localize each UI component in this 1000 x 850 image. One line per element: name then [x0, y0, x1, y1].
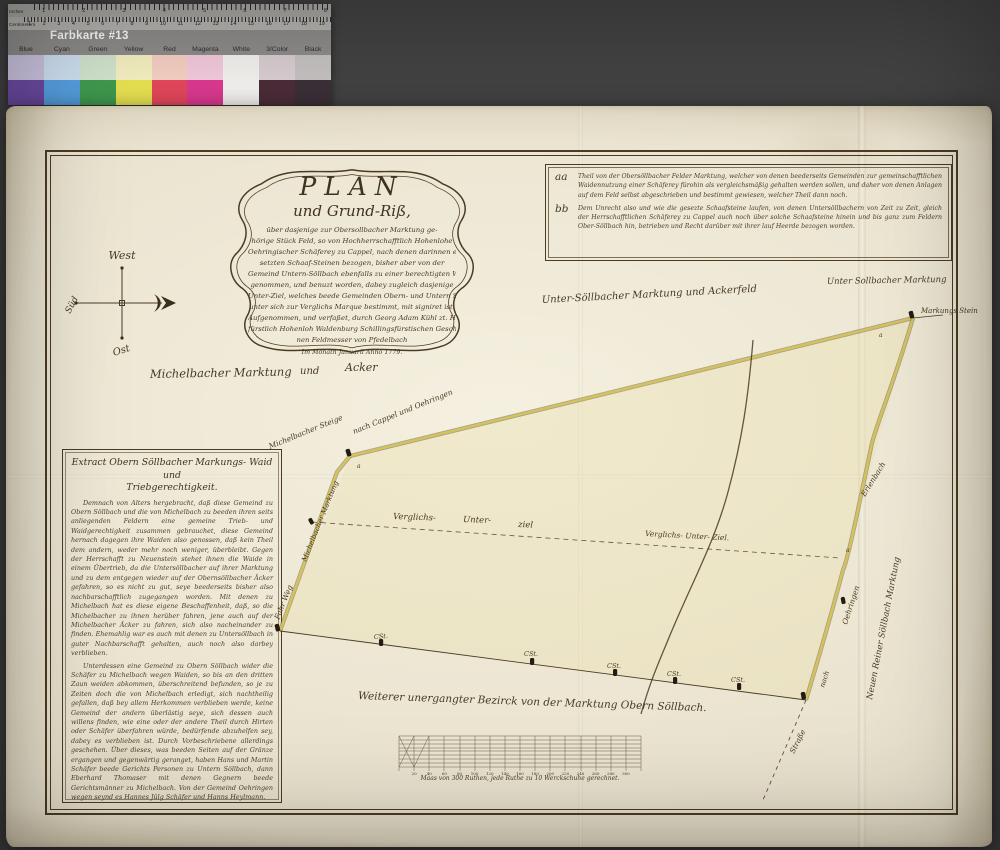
- north-arrow-icon: [161, 296, 176, 310]
- cartouche-line: Oehringischer Schäferey zu Cappel, nach …: [248, 247, 456, 258]
- color-name: White: [223, 44, 259, 55]
- cartouche-line: hörige Stück Feld, so von Hochherrschaff…: [248, 236, 456, 247]
- cartouche-line: Gemeind Untern-Söllbach ebenfalls zu ein…: [248, 269, 456, 280]
- color-swatch-light: [80, 55, 116, 80]
- color-column: Red: [152, 44, 188, 105]
- cartouche-body: über dasjenige zur Obersollbacher Marktu…: [248, 225, 456, 347]
- note-marker-bb: bb: [555, 204, 571, 232]
- color-swatch-full: [259, 80, 295, 105]
- color-calibration-card: Inches 12345678 Centimeters 123456789101…: [8, 4, 331, 105]
- compass-rose: West Süd Ost: [58, 246, 188, 376]
- title-cartouche: PLAN und Grund-Riß, über dasjenige zur O…: [228, 158, 476, 370]
- ruler-number: 14: [230, 22, 236, 28]
- cartouche-line: unter sich zur Verglichs Marque bestimmt…: [248, 302, 456, 313]
- ruler-number: 15: [248, 22, 254, 28]
- ruler-number: 1: [28, 22, 31, 28]
- color-column: 3/Color: [259, 44, 295, 105]
- color-column: Cyan: [44, 44, 80, 105]
- cartouche-line: Unter-Ziel, welches beede Gemeinden Ober…: [248, 291, 456, 302]
- color-swatch-light: [187, 55, 223, 80]
- ruler-number: 7: [116, 22, 119, 28]
- ruler-inch-numbers: 12345678: [8, 9, 331, 15]
- ruler-number: 6: [101, 22, 104, 28]
- ruler-cm-numbers: 12345678910111213141516171819: [8, 22, 331, 28]
- color-name: Black: [295, 44, 331, 55]
- color-column: Yellow: [116, 44, 152, 105]
- map-subtitle: und Grund-Riß,: [248, 202, 456, 220]
- color-name: Blue: [8, 44, 44, 55]
- cartouche-line: setzten Schaaf-Steinen bezogen, bisher a…: [248, 258, 456, 269]
- color-name: Green: [80, 44, 116, 55]
- extract-heading-line1: Extract Obern Söllbacher Markungs- Waid …: [71, 457, 273, 482]
- color-name: Magenta: [187, 44, 223, 55]
- color-swatch-light: [295, 55, 331, 80]
- color-column: Black: [295, 44, 331, 105]
- ruler-number: 1: [42, 9, 45, 15]
- extract-paragraph: Unterdessen eine Gemeind zu Obern Söllba…: [71, 662, 273, 803]
- ruler-number: 2: [82, 9, 85, 15]
- color-column: Green: [80, 44, 116, 105]
- ruler-number: 6: [243, 9, 246, 15]
- extract-box: Extract Obern Söllbacher Markungs- Waid …: [62, 449, 282, 803]
- ruler-number: 13: [212, 22, 218, 28]
- ruler-number: 10: [160, 22, 166, 28]
- color-swatch-light: [259, 55, 295, 80]
- color-swatch-light: [8, 55, 44, 80]
- scan-background: Inches 12345678 Centimeters 123456789101…: [0, 0, 1000, 850]
- ruler-number: 3: [57, 22, 60, 28]
- ruler-number: 4: [163, 9, 166, 15]
- color-swatch-light: [116, 55, 152, 80]
- color-swatch-full: [152, 80, 188, 105]
- compass-label-west: West: [109, 249, 137, 262]
- extract-paragraph: Demnach von Alters hergebracht, daß dies…: [71, 499, 273, 659]
- color-column: Magenta: [187, 44, 223, 105]
- color-card-title: Farbkarte #13: [50, 30, 129, 42]
- note-marker-aa: aa: [555, 172, 571, 200]
- ruler-number: 17: [283, 22, 289, 28]
- extract-heading-line2: Triebgerechtigkeit.: [71, 482, 273, 495]
- color-swatch-light: [44, 55, 80, 80]
- color-name: Yellow: [116, 44, 152, 55]
- color-name: Cyan: [44, 44, 80, 55]
- color-name: Red: [152, 44, 188, 55]
- cartouche-line: fürstlich Hohenloh Waldenburg Schillings…: [248, 324, 456, 335]
- color-swatch-full: [8, 80, 44, 105]
- color-swatch-full: [44, 80, 80, 105]
- ruler-number: 4: [72, 22, 75, 28]
- ruler-number: 3: [123, 9, 126, 15]
- extract-heading: Extract Obern Söllbacher Markungs- Waid …: [71, 457, 273, 495]
- color-swatch-full: [187, 80, 223, 105]
- ruler-number: 9: [145, 22, 148, 28]
- ruler-number: 18: [301, 22, 307, 28]
- cartouche-date: Im Monath Januarii Anno 1779.: [248, 349, 456, 356]
- ruler-number: 7: [284, 9, 287, 15]
- compass-dot: [120, 266, 123, 269]
- color-card-columns: Blue Cyan Green Yellow: [8, 44, 331, 105]
- ruler-number: 11: [177, 22, 183, 28]
- ruler: Inches 12345678 Centimeters 123456789101…: [8, 4, 331, 30]
- map-sheet: PLAN und Grund-Riß, über dasjenige zur O…: [6, 106, 992, 847]
- color-swatch-light: [223, 55, 259, 80]
- map-title: PLAN: [248, 174, 456, 199]
- ruler-number: 19: [319, 22, 325, 28]
- ruler-inches: Inches 12345678: [8, 4, 331, 17]
- compass-label-east: Ost: [112, 343, 133, 359]
- notes-box: aa Theil von der Obersöllbacher Felder M…: [545, 164, 952, 261]
- ruler-centimeters: Centimeters 1234567891011121314151617181…: [8, 17, 331, 30]
- cartouche-line: genommen, und benuzt worden, dabey zugle…: [248, 280, 456, 291]
- cartouche-line: über dasjenige zur Obersollbacher Marktu…: [248, 225, 456, 236]
- note-entry: bb Dem Unrecht also und wie die gesezte …: [555, 204, 942, 232]
- color-column: Blue: [8, 44, 44, 105]
- ruler-number: 5: [203, 9, 206, 15]
- ruler-number: 16: [266, 22, 272, 28]
- cartouche-line: Aufgenommen, und verfaßet, durch Georg A…: [248, 313, 456, 324]
- color-swatch-full: [80, 80, 116, 105]
- ruler-number: 2: [43, 22, 46, 28]
- cartouche-line: nen Feldmesser von Pfedelbach: [248, 335, 456, 346]
- color-name: 3/Color: [259, 44, 295, 55]
- ruler-number: 12: [195, 22, 201, 28]
- color-swatch-full: [116, 80, 152, 105]
- ruler-number: 8: [324, 9, 327, 15]
- color-column: White: [223, 44, 259, 105]
- note-text-bb: Dem Unrecht also und wie die gesezte Sch…: [578, 204, 942, 232]
- compass-dot: [120, 336, 123, 339]
- ruler-number: 8: [130, 22, 133, 28]
- color-swatch-full: [295, 80, 331, 105]
- cartouche-text: PLAN und Grund-Riß, über dasjenige zur O…: [248, 174, 456, 356]
- color-swatch-light: [152, 55, 188, 80]
- note-entry: aa Theil von der Obersöllbacher Felder M…: [555, 172, 942, 200]
- ruler-number: 5: [87, 22, 90, 28]
- note-text-aa: Theil von der Obersöllbacher Felder Mark…: [578, 172, 942, 200]
- color-swatch-full: [223, 80, 259, 105]
- compass-label-south: Süd: [64, 295, 81, 316]
